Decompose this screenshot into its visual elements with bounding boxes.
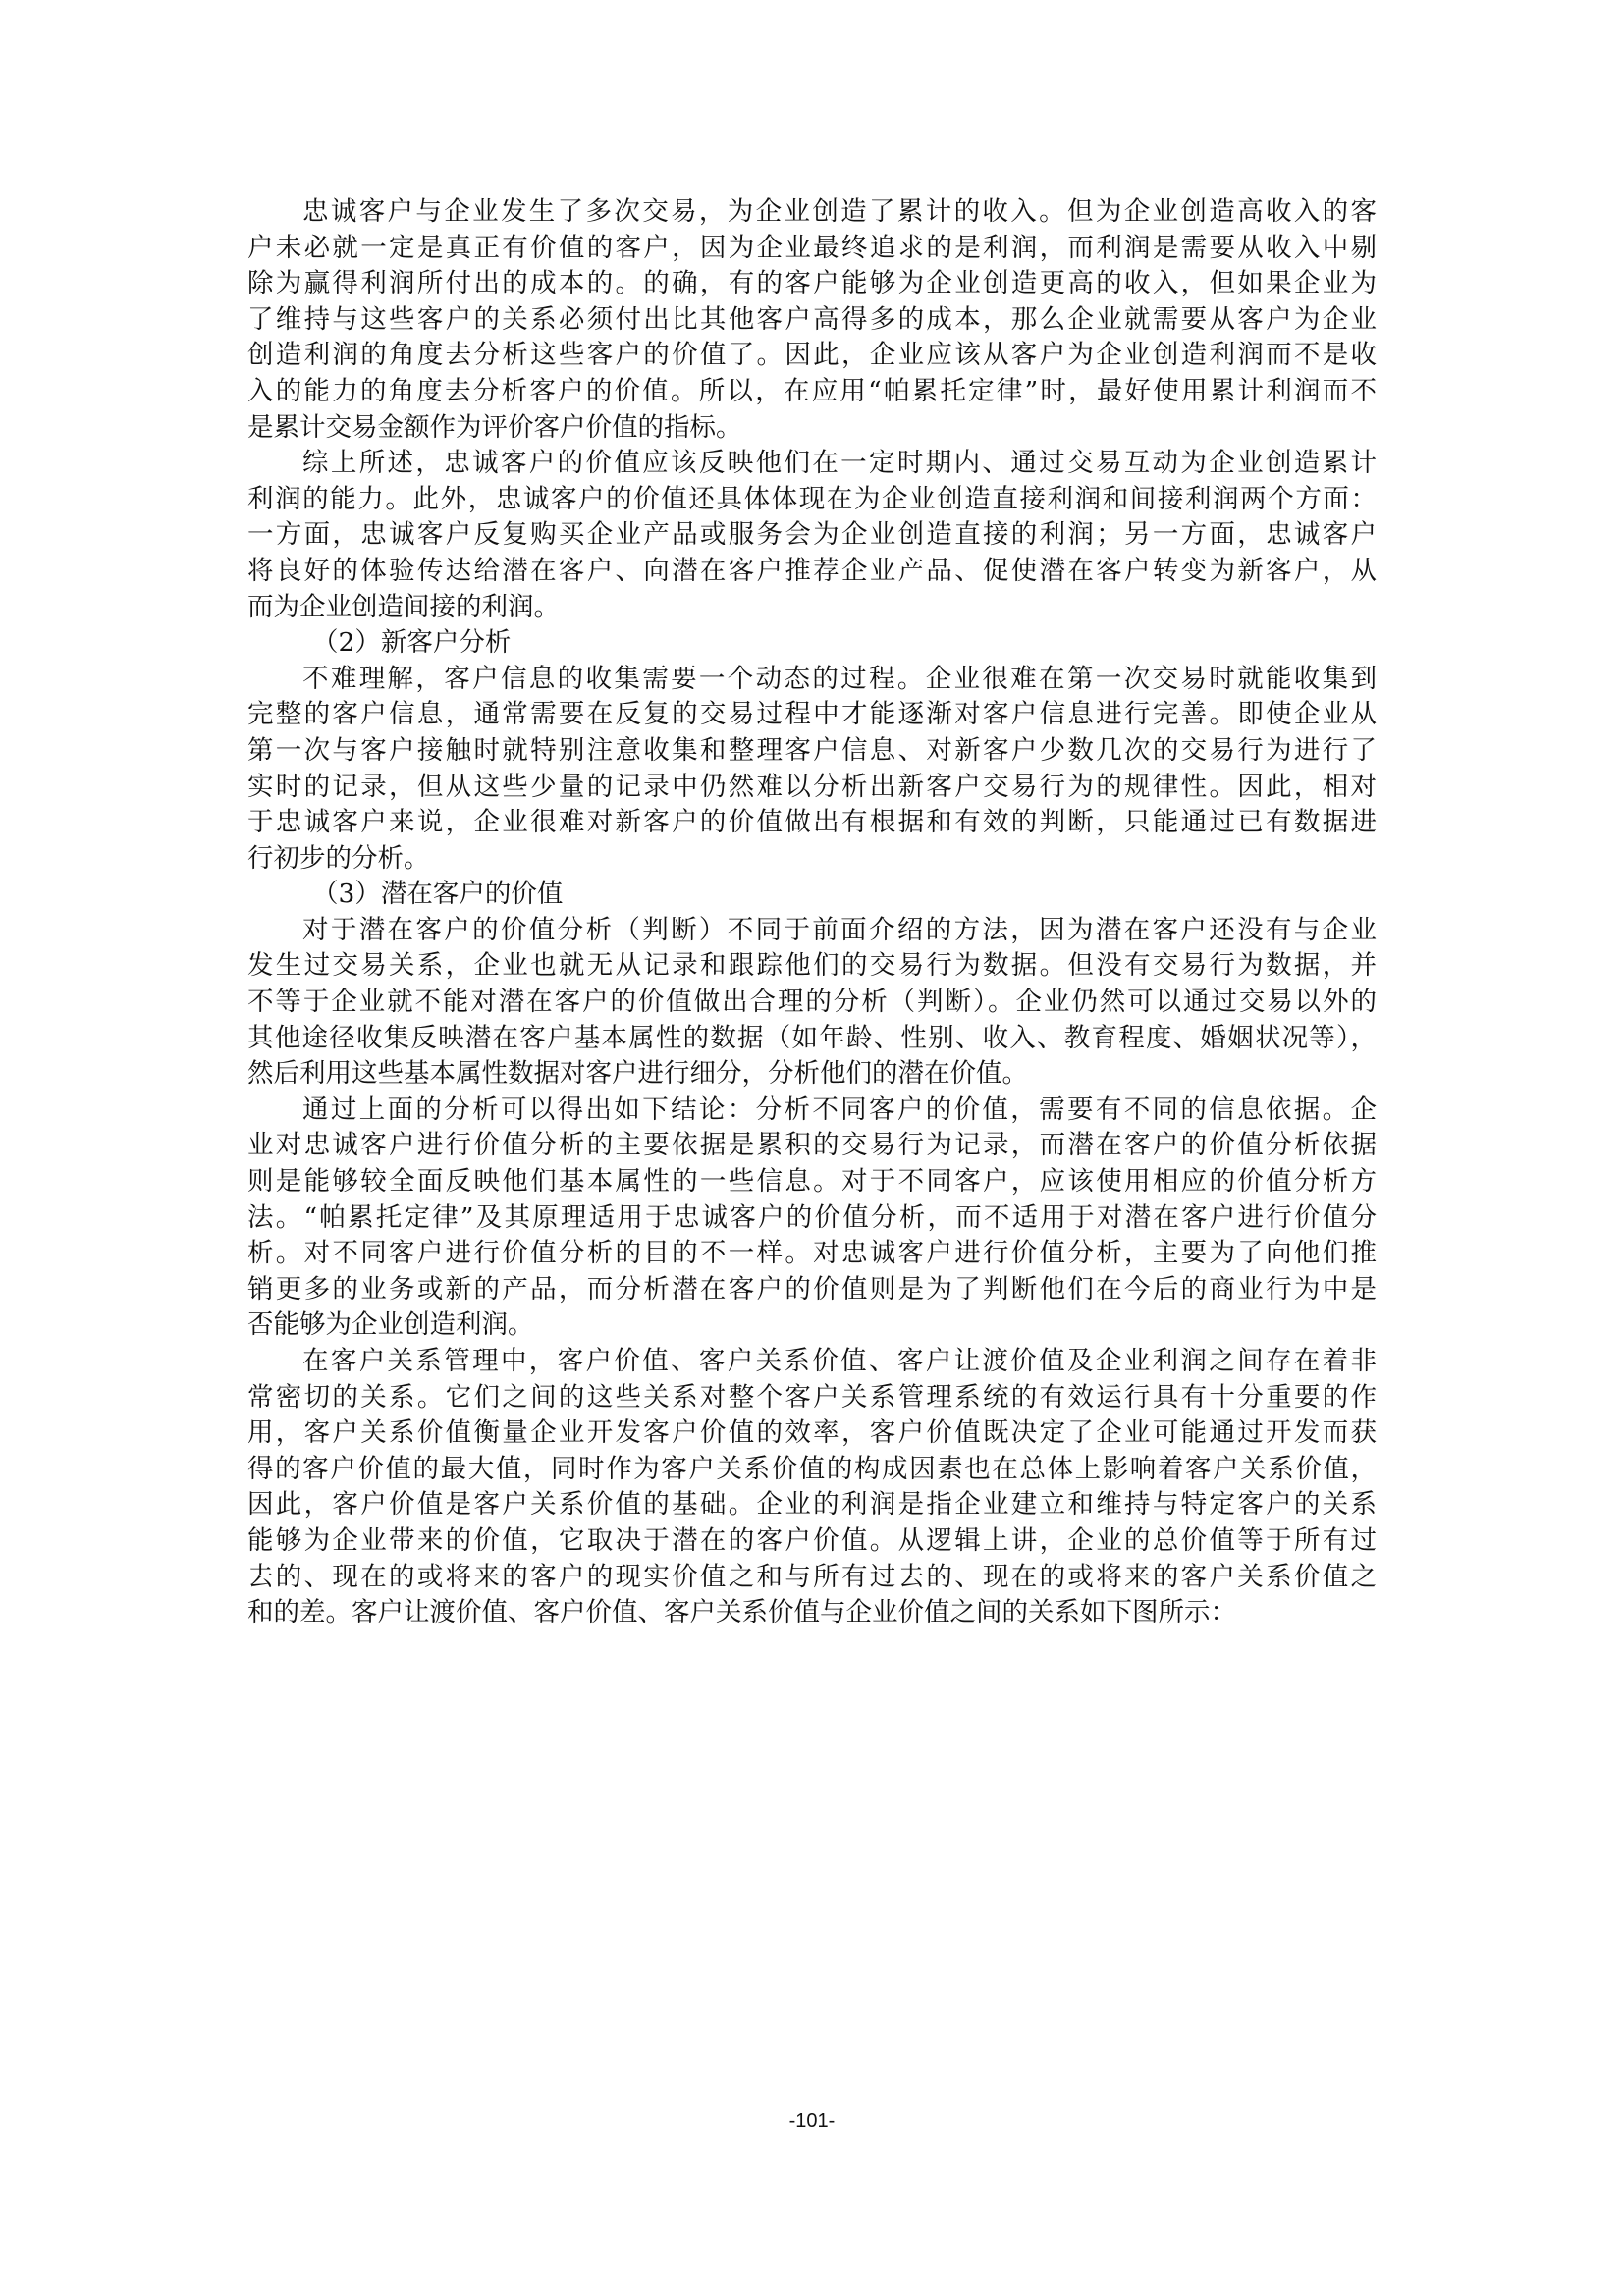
text-line: 得的客户价值的最大值，同时作为客户关系价值的构成因素也在总体上影响着客户关系价值… bbox=[247, 1452, 1377, 1488]
text-line: 创造利润的角度去分析这些客户的价值了。因此，企业应该从客户为企业创造利润而不是收 bbox=[247, 338, 1377, 374]
text-line: 因此，客户价值是客户关系价值的基础。企业的利润是指企业建立和维持与特定客户的关系 bbox=[247, 1487, 1377, 1523]
text-line: 而为企业创造间接的利润。 bbox=[247, 590, 1377, 626]
paragraph-crm-relationships: 在客户关系管理中，客户价值、客户关系价值、客户让渡价值及企业利润之间存在着非 常… bbox=[247, 1344, 1377, 1631]
text-line: 不等于企业就不能对潜在客户的价值做出合理的分析（判断）。企业仍然可以通过交易以外… bbox=[247, 985, 1377, 1021]
text-line: 法。“帕累托定律”及其原理适用于忠诚客户的价值分析，而不适用于对潜在客户进行价值… bbox=[247, 1201, 1377, 1237]
body-text: 忠诚客户与企业发生了多次交易，为企业创造了累计的收入。但为企业创造高收入的客 户… bbox=[247, 194, 1377, 1631]
text-line: 能够为企业带来的价值，它取决于潜在的客户价值。从逻辑上讲，企业的总价值等于所有过 bbox=[247, 1523, 1377, 1560]
paragraph-summary: 综上所述，忠诚客户的价值应该反映他们在一定时期内、通过交易互动为企业创造累计 利… bbox=[247, 446, 1377, 625]
text-line: 然后利用这些基本属性数据对客户进行细分，分析他们的潜在价值。 bbox=[247, 1056, 1377, 1093]
text-line: 其他途径收集反映潜在客户基本属性的数据（如年龄、性别、收入、教育程度、婚姻状况等… bbox=[247, 1021, 1377, 1057]
text-line: 除为赢得利润所付出的成本的。的确，有的客户能够为企业创造更高的收入，但如果企业为 bbox=[247, 266, 1377, 302]
text-line: 常密切的关系。它们之间的这些关系对整个客户关系管理系统的有效运行具有十分重要的作 bbox=[247, 1380, 1377, 1416]
text-line: 完整的客户信息，通常需要在反复的交易过程中才能逐渐对客户信息进行完善。即使企业从 bbox=[247, 697, 1377, 733]
text-line: 用，客户关系价值衡量企业开发客户价值的效率，客户价值既决定了企业可能通过开发而获 bbox=[247, 1415, 1377, 1452]
page-number: -101- bbox=[0, 2110, 1624, 2133]
paragraph-new-customer: 不难理解，客户信息的收集需要一个动态的过程。企业很难在第一次交易时就能收集到 完… bbox=[247, 662, 1377, 878]
text-line: 入的能力的角度去分析客户的价值。所以，在应用“帕累托定律”时，最好使用累计利润而… bbox=[247, 374, 1377, 410]
text-line: 不难理解，客户信息的收集需要一个动态的过程。企业很难在第一次交易时就能收集到 bbox=[247, 662, 1377, 698]
text-line: 将良好的体验传达给潜在客户、向潜在客户推荐企业产品、促使潜在客户转变为新客户，从 bbox=[247, 554, 1377, 590]
paragraph-conclusion: 通过上面的分析可以得出如下结论：分析不同客户的价值，需要有不同的信息依据。企 业… bbox=[247, 1093, 1377, 1344]
text-line: 综上所述，忠诚客户的价值应该反映他们在一定时期内、通过交易互动为企业创造累计 bbox=[247, 446, 1377, 482]
text-line: 忠诚客户与企业发生了多次交易，为企业创造了累计的收入。但为企业创造高收入的客 bbox=[247, 194, 1377, 231]
text-line: 业对忠诚客户进行价值分析的主要依据是累积的交易行为记录，而潜在客户的价值分析依据 bbox=[247, 1128, 1377, 1164]
text-line: 在客户关系管理中，客户价值、客户关系价值、客户让渡价值及企业利润之间存在着非 bbox=[247, 1344, 1377, 1380]
text-line: 了维持与这些客户的关系必须付出比其他客户高得多的成本，那么企业就需要从客户为企业 bbox=[247, 302, 1377, 339]
section-heading-potential-customer: （3）潜在客户的价值 bbox=[247, 877, 1377, 913]
text-line: 行初步的分析。 bbox=[247, 841, 1377, 878]
text-line: 是累计交易金额作为评价客户价值的指标。 bbox=[247, 410, 1377, 447]
text-line: 第一次与客户接触时就特别注意收集和整理客户信息、对新客户少数几次的交易行为进行了 bbox=[247, 733, 1377, 770]
paragraph-loyal-customer-profit: 忠诚客户与企业发生了多次交易，为企业创造了累计的收入。但为企业创造高收入的客 户… bbox=[247, 194, 1377, 446]
text-line: 于忠诚客户来说，企业很难对新客户的价值做出有根据和有效的判断，只能通过已有数据进 bbox=[247, 805, 1377, 841]
text-line: 销更多的业务或新的产品，而分析潜在客户的价值则是为了判断他们在今后的商业行为中是 bbox=[247, 1272, 1377, 1308]
text-line: 否能够为企业创造利润。 bbox=[247, 1308, 1377, 1344]
text-line: 实时的记录，但从这些少量的记录中仍然难以分析出新客户交易行为的规律性。因此，相对 bbox=[247, 770, 1377, 806]
text-line: 析。对不同客户进行价值分析的目的不一样。对忠诚客户进行价值分析，主要为了向他们推 bbox=[247, 1236, 1377, 1272]
text-line: 发生过交易关系，企业也就无从记录和跟踪他们的交易行为数据。但没有交易行为数据，并 bbox=[247, 948, 1377, 985]
text-line: 利润的能力。此外，忠诚客户的价值还具体体现在为企业创造直接利润和间接利润两个方面… bbox=[247, 482, 1377, 518]
text-line: 一方面，忠诚客户反复购买企业产品或服务会为企业创造直接的利润；另一方面，忠诚客户 bbox=[247, 517, 1377, 554]
paragraph-potential-customer: 对于潜在客户的价值分析（判断）不同于前面介绍的方法，因为潜在客户还没有与企业 发… bbox=[247, 913, 1377, 1093]
text-line: 和的差。客户让渡价值、客户价值、客户关系价值与企业价值之间的关系如下图所示： bbox=[247, 1595, 1377, 1631]
text-line: 户未必就一定是真正有价值的客户，因为企业最终追求的是利润，而利润是需要从收入中剔 bbox=[247, 231, 1377, 267]
document-page: 忠诚客户与企业发生了多次交易，为企业创造了累计的收入。但为企业创造高收入的客 户… bbox=[0, 0, 1624, 2296]
section-heading-new-customer: （2）新客户分析 bbox=[247, 625, 1377, 662]
text-line: 则是能够较全面反映他们基本属性的一些信息。对于不同客户，应该使用相应的价值分析方 bbox=[247, 1164, 1377, 1201]
text-line: 对于潜在客户的价值分析（判断）不同于前面介绍的方法，因为潜在客户还没有与企业 bbox=[247, 913, 1377, 949]
text-line: 通过上面的分析可以得出如下结论：分析不同客户的价值，需要有不同的信息依据。企 bbox=[247, 1093, 1377, 1129]
text-line: 去的、现在的或将来的客户的现实价值之和与所有过去的、现在的或将来的客户关系价值之 bbox=[247, 1560, 1377, 1596]
